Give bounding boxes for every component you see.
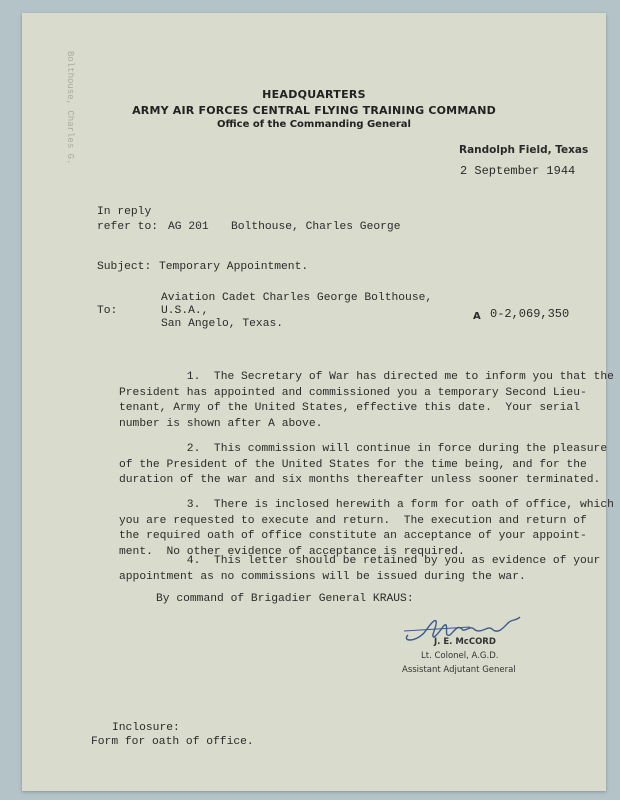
to-address-line-1: Aviation Cadet Charles George Bolthouse, <box>161 292 432 304</box>
paragraph-2: 2. This commission will continue in forc… <box>119 442 559 489</box>
inclosure-label: Inclosure: <box>112 722 180 734</box>
serial-number: 0-2,069,350 <box>490 307 569 321</box>
reply-label-line2: refer to: <box>97 221 158 233</box>
reply-name: Bolthouse, Charles George <box>231 221 400 233</box>
serial-prefix: A <box>473 311 481 322</box>
location: Randolph Field, Texas <box>459 144 588 156</box>
letterhead-command: ARMY AIR FORCES CENTRAL FLYING TRAINING … <box>22 104 606 117</box>
signatory-name: J. E. McCORD <box>434 637 496 647</box>
reply-label-line1: In reply <box>97 206 151 218</box>
to-address-line-3: San Angelo, Texas. <box>161 318 283 330</box>
signatory-rank: Lt. Colonel, A.G.D. <box>421 651 498 661</box>
letterhead-headquarters: HEADQUARTERS <box>22 88 606 101</box>
letter-page: Bolthouse, Charles G. HEADQUARTERS ARMY … <box>22 13 606 791</box>
reply-code: AG 201 <box>168 221 209 233</box>
inclosure-item: Form for oath of office. <box>91 736 254 748</box>
subject-label: Subject: <box>97 261 151 273</box>
by-command-line: By command of Brigadier General KRAUS: <box>156 593 414 605</box>
to-label: To: <box>97 305 117 317</box>
paragraph-1: 1. The Secretary of War has directed me … <box>119 370 559 432</box>
paragraph-4: 4. This letter should be retained by you… <box>119 554 559 585</box>
paragraph-3: 3. There is inclosed herewith a form for… <box>119 498 559 560</box>
date: 2 September 1944 <box>460 164 575 178</box>
signatory-title: Assistant Adjutant General <box>402 665 516 675</box>
subject-value: Temporary Appointment. <box>159 261 308 273</box>
letterhead-office: Office of the Commanding General <box>22 119 606 130</box>
to-address-line-2: U.S.A., <box>161 305 208 317</box>
handwritten-signature <box>400 615 550 639</box>
